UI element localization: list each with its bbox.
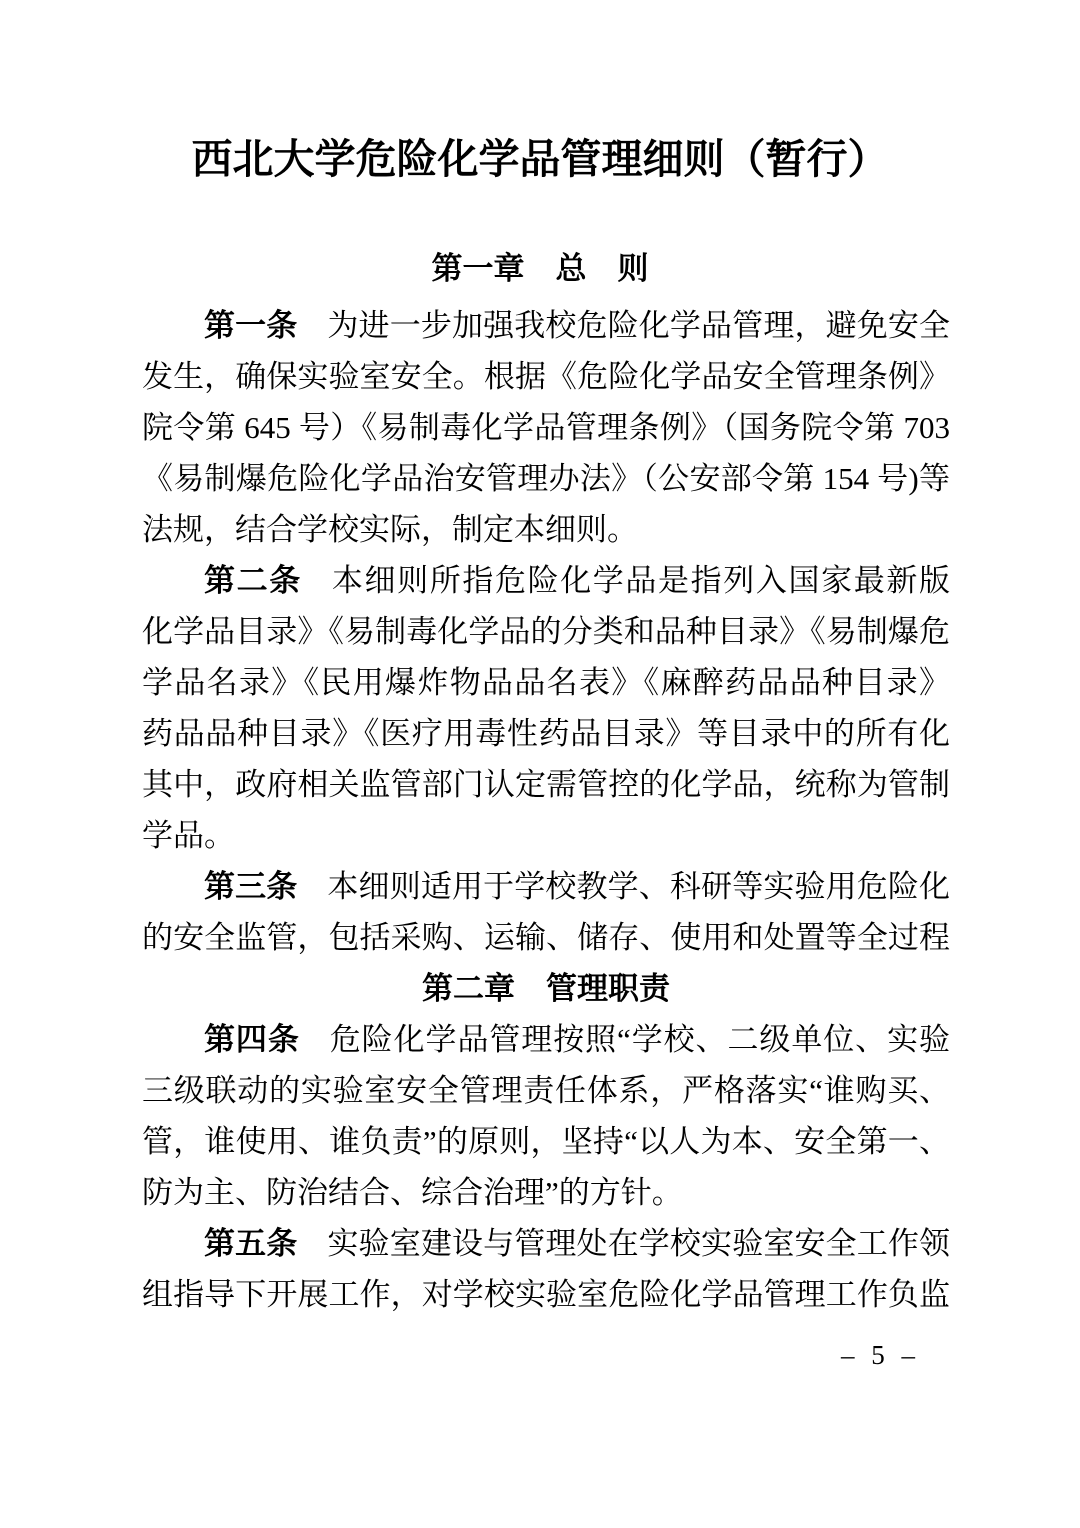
article-2-label: 第二条 xyxy=(204,563,302,598)
article-1-line-2: 发生，确保实验室安全。根据《危险化学品安全管理条例》（国务 xyxy=(142,351,950,402)
article-1-line-1: 第一条为进一步加强我校危险化学品管理，避免安全事故 xyxy=(142,300,950,351)
article-3-label: 第三条 xyxy=(204,869,297,904)
article-4-line-4: 防为主、防治结合、综合治理”的方针。 xyxy=(142,1167,950,1218)
article-2-line-5: 其中，政府相关监管部门认定需管控的化学品，统称为管制类化 xyxy=(142,759,950,810)
article-1-line-5: 法规，结合学校实际，制定本细则。 xyxy=(142,504,950,555)
article-2-line-3: 学品名录》《民用爆炸物品品名表》《麻醉药品品种目录》《精神 xyxy=(142,657,950,708)
article-5-label: 第五条 xyxy=(204,1226,297,1261)
article-1-line-4: 《易制爆危险化学品治安管理办法》（公安部令第 154 号)等法律 xyxy=(142,453,950,504)
article-2-line-6: 学品。 xyxy=(142,810,950,861)
article-1-label: 第一条 xyxy=(204,308,297,343)
article-5-line-2: 组指导下开展工作，对学校实验室危险化学品管理工作负监管责 xyxy=(142,1269,950,1320)
article-1-line-3: 院令第 645 号）《易制毒化学品管理条例》（国务院令第 703 号） xyxy=(142,402,950,453)
document-title: 西北大学危险化学品管理细则（暂行） xyxy=(0,126,1080,185)
article-4-line-1: 第四条危险化学品管理按照“学校、二级单位、实验室” xyxy=(142,1014,950,1065)
page-number: – 5 – xyxy=(841,1340,920,1371)
article-2-line-2: 化学品目录》《易制毒化学品的分类和品种目录》《易制爆危险化 xyxy=(142,606,950,657)
article-3-line-1: 第三条本细则适用于学校教学、科研等实验用危险化学品 xyxy=(142,861,950,912)
article-2-line-4: 药品品种目录》《医疗用毒性药品目录》等目录中的所有化学品。 xyxy=(142,708,950,759)
document-body: 第一条为进一步加强我校危险化学品管理，避免安全事故 发生，确保实验室安全。根据《… xyxy=(142,300,950,1320)
document-page: 西北大学危险化学品管理细则（暂行） 第一章 总 则 第一条为进一步加强我校危险化… xyxy=(0,0,1080,1528)
article-4-line-3: 管，谁使用、谁负责”的原则，坚持“以人为本、安全第一、预 xyxy=(142,1116,950,1167)
article-3-line-2: 的安全监管，包括采购、运输、储存、使用和处置等全过程管理。 xyxy=(142,912,950,963)
article-2-line-1: 第二条本细则所指危险化学品是指列入国家最新版《危险 xyxy=(142,555,950,606)
chapter-1-heading: 第一章 总 则 xyxy=(0,243,1080,288)
chapter-2-heading: 第二章 管理职责 xyxy=(142,963,950,1014)
article-4-line-2: 三级联动的实验室安全管理责任体系，严格落实“谁购买、谁保 xyxy=(142,1065,950,1116)
article-4-label: 第四条 xyxy=(204,1022,300,1057)
article-5-line-1: 第五条实验室建设与管理处在学校实验室安全工作领导小 xyxy=(142,1218,950,1269)
